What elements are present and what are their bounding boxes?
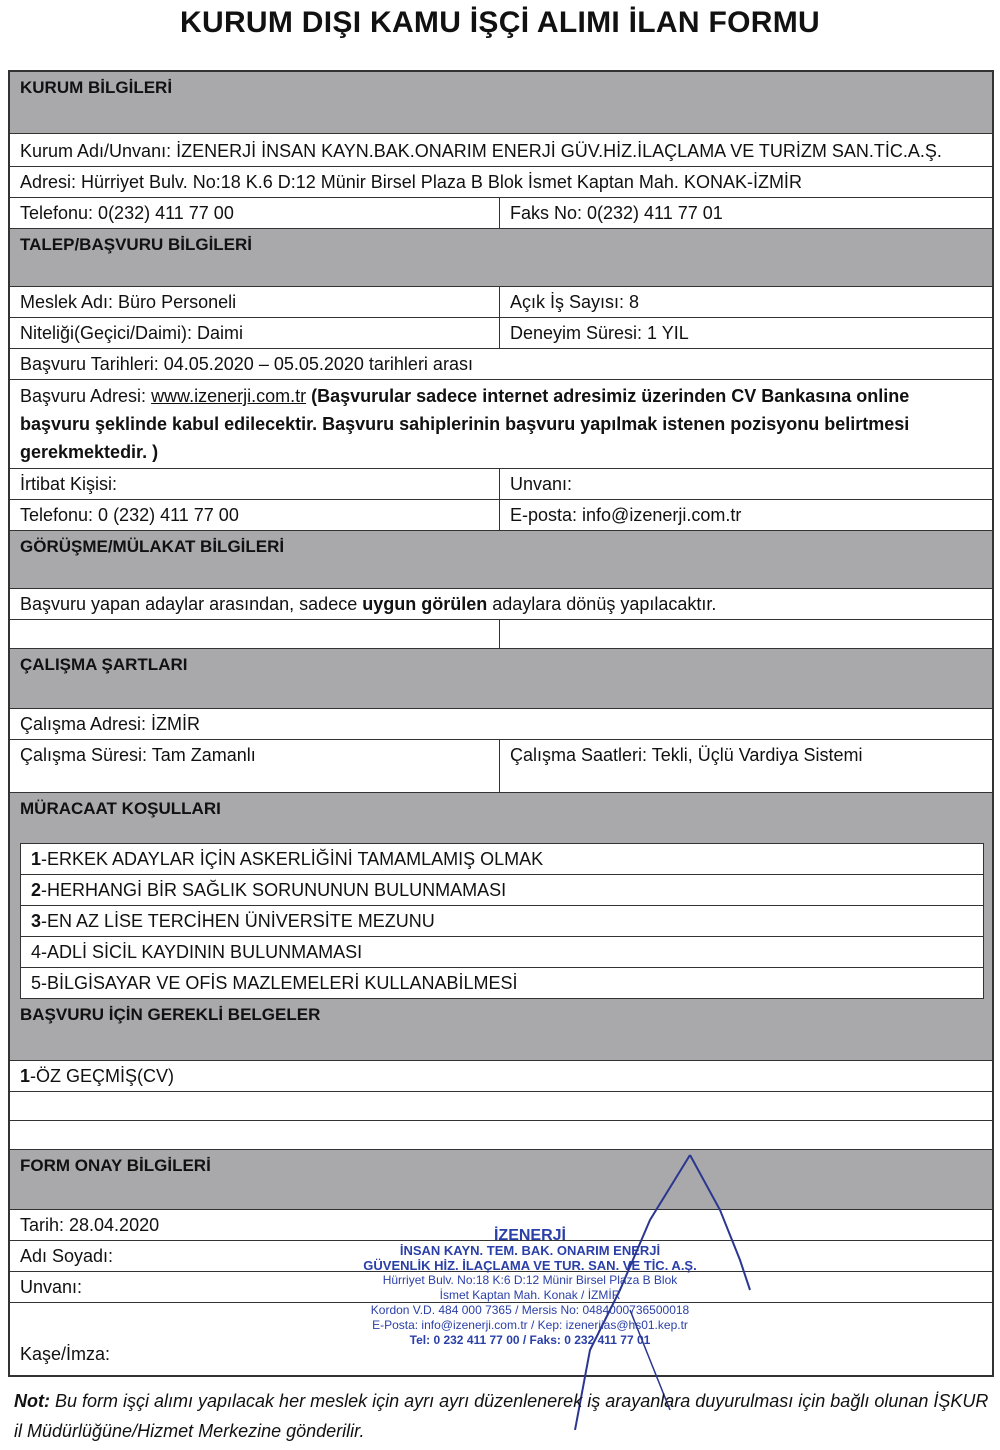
gorusme-row: Başvuru yapan adaylar arasından, sadece …	[10, 589, 992, 620]
item-text: -BİLGİSAYAR VE OFİS MAZLEMELERİ KULLANAB…	[41, 973, 517, 993]
basvuru-adresi-row: Başvuru Adresi: www.izenerji.com.tr (Baş…	[10, 380, 992, 469]
gorusme-text-post: adaylara dönüş yapılacaktır.	[487, 594, 716, 614]
basvuru-adresi: Başvuru Adresi: www.izenerji.com.tr (Baş…	[10, 380, 992, 468]
calisma-suresi: Çalışma Süresi: Tam Zamanlı	[10, 740, 500, 792]
calisma-adresi: Çalışma Adresi: İZMİR	[10, 709, 992, 739]
section-header-talep: TALEP/BAŞVURU BİLGİLERİ	[10, 229, 992, 287]
meslek-row: Meslek Adı: Büro Personeli Açık İş Sayıs…	[10, 287, 992, 318]
deneyim-suresi: Deneyim Süresi: 1 YIL	[500, 318, 992, 348]
belge-empty-row	[10, 1092, 992, 1121]
kurum-adi-row: Kurum Adı/Unvanı: İZENERJİ İNSAN KAYN.BA…	[10, 134, 992, 167]
gorusme-empty-row	[10, 620, 992, 649]
item-number: 5	[31, 973, 41, 993]
kurum-adi: Kurum Adı/Unvanı: İZENERJİ İNSAN KAYN.BA…	[10, 134, 992, 166]
gorusme-text-bold: uygun görülen	[362, 594, 487, 614]
muracaat-list: 1-ERKEK ADAYLAR İÇİN ASKERLİĞİNİ TAMAMLA…	[20, 843, 984, 999]
gorusme-text: Başvuru yapan adaylar arasından, sadece …	[10, 589, 992, 619]
kurum-telefon: Telefonu: 0(232) 411 77 00	[10, 198, 500, 228]
item-text: -EN AZ LİSE TERCİHEN ÜNİVERSİTE MEZUNU	[41, 911, 435, 931]
irtibat-eposta: E-posta: info@izenerji.com.tr	[500, 500, 992, 530]
footer-note: Not: Bu form işçi alımı yapılacak her me…	[14, 1386, 989, 1446]
belge-number: 1	[20, 1066, 30, 1086]
empty-cell	[10, 1092, 992, 1120]
item-text: -ERKEK ADAYLAR İÇİN ASKERLİĞİNİ TAMAMLAM…	[41, 849, 543, 869]
item-text: -HERHANGİ BİR SAĞLIK SORUNUNUN BULUNMAMA…	[41, 880, 506, 900]
kurum-adres: Adresi: Hürriyet Bulv. No:18 K.6 D:12 Mü…	[10, 167, 992, 197]
kurum-contact-row: Telefonu: 0(232) 411 77 00 Faks No: 0(23…	[10, 198, 992, 229]
basvuru-adresi-label: Başvuru Adresi:	[20, 386, 151, 406]
calisma-saatleri: Çalışma Saatleri: Tekli, Üçlü Vardiya Si…	[500, 740, 992, 792]
tarihler-row: Başvuru Tarihleri: 04.05.2020 – 05.05.20…	[10, 349, 992, 380]
empty-cell	[10, 1121, 992, 1149]
irtibat-telefon: Telefonu: 0 (232) 411 77 00	[10, 500, 500, 530]
form-title: KURUM DIŞI KAMU İŞÇİ ALIMI İLAN FORMU	[0, 6, 1000, 40]
calisma-sure-row: Çalışma Süresi: Tam Zamanlı Çalışma Saat…	[10, 740, 992, 793]
kurum-faks: Faks No: 0(232) 411 77 01	[500, 198, 992, 228]
section-header-onay: FORM ONAY BİLGİLERİ	[10, 1150, 992, 1210]
item-number: 4	[31, 942, 41, 962]
item-number: 2	[31, 880, 41, 900]
basvuru-tarihleri: Başvuru Tarihleri: 04.05.2020 – 05.05.20…	[10, 349, 992, 379]
section-header-gorusme: GÖRÜŞME/MÜLAKAT BİLGİLERİ	[10, 531, 992, 589]
empty-cell	[10, 620, 500, 648]
list-item: 5-BİLGİSAYAR VE OFİS MAZLEMELERİ KULLANA…	[21, 968, 983, 998]
section-header-calisma: ÇALIŞMA ŞARTLARI	[10, 649, 992, 709]
section-header-belgeler: BAŞVURU İÇİN GEREKLİ BELGELER	[10, 999, 992, 1061]
acik-is-sayisi: Açık İş Sayısı: 8	[500, 287, 992, 317]
list-item: 3-EN AZ LİSE TERCİHEN ÜNİVERSİTE MEZUNU	[21, 906, 983, 937]
section-header-muracaat: MÜRACAAT KOŞULLARI	[10, 793, 992, 843]
nitelik-row: Niteliği(Geçici/Daimi): Daimi Deneyim Sü…	[10, 318, 992, 349]
belge-row: 1-ÖZ GEÇMİŞ(CV)	[10, 1061, 992, 1092]
list-item: 2-HERHANGİ BİR SAĞLIK SORUNUNUN BULUNMAM…	[21, 875, 983, 906]
list-item: 4-ADLİ SİCİL KAYDININ BULUNMAMASI	[21, 937, 983, 968]
item-text: -ADLİ SİCİL KAYDININ BULUNMAMASI	[41, 942, 362, 962]
irtibat-kisisi: İrtibat Kişisi:	[10, 469, 500, 499]
muracaat-list-wrap: 1-ERKEK ADAYLAR İÇİN ASKERLİĞİNİ TAMAMLA…	[10, 843, 992, 999]
irtibat-row: İrtibat Kişisi: Unvanı:	[10, 469, 992, 500]
belge-text: -ÖZ GEÇMİŞ(CV)	[30, 1066, 174, 1086]
belge-empty-row	[10, 1121, 992, 1150]
meslek-adi: Meslek Adı: Büro Personeli	[10, 287, 500, 317]
item-number: 1	[31, 849, 41, 869]
item-number: 3	[31, 911, 41, 931]
section-header-kurum: KURUM BİLGİLERİ	[10, 72, 992, 134]
empty-cell	[500, 620, 992, 648]
website-link[interactable]: www.izenerji.com.tr	[151, 386, 306, 406]
calisma-adres-row: Çalışma Adresi: İZMİR	[10, 709, 992, 740]
note-label: Not:	[14, 1391, 50, 1411]
nitelik: Niteliği(Geçici/Daimi): Daimi	[10, 318, 500, 348]
job-posting-form: KURUM BİLGİLERİ Kurum Adı/Unvanı: İZENER…	[8, 70, 994, 1377]
gorusme-text-pre: Başvuru yapan adaylar arasından, sadece	[20, 594, 362, 614]
irtibat-unvan: Unvanı:	[500, 469, 992, 499]
list-item: 1-ERKEK ADAYLAR İÇİN ASKERLİĞİNİ TAMAMLA…	[21, 844, 983, 875]
kurum-adres-row: Adresi: Hürriyet Bulv. No:18 K.6 D:12 Mü…	[10, 167, 992, 198]
note-text: Bu form işçi alımı yapılacak her meslek …	[14, 1391, 988, 1441]
irtibat-contact-row: Telefonu: 0 (232) 411 77 00 E-posta: inf…	[10, 500, 992, 531]
